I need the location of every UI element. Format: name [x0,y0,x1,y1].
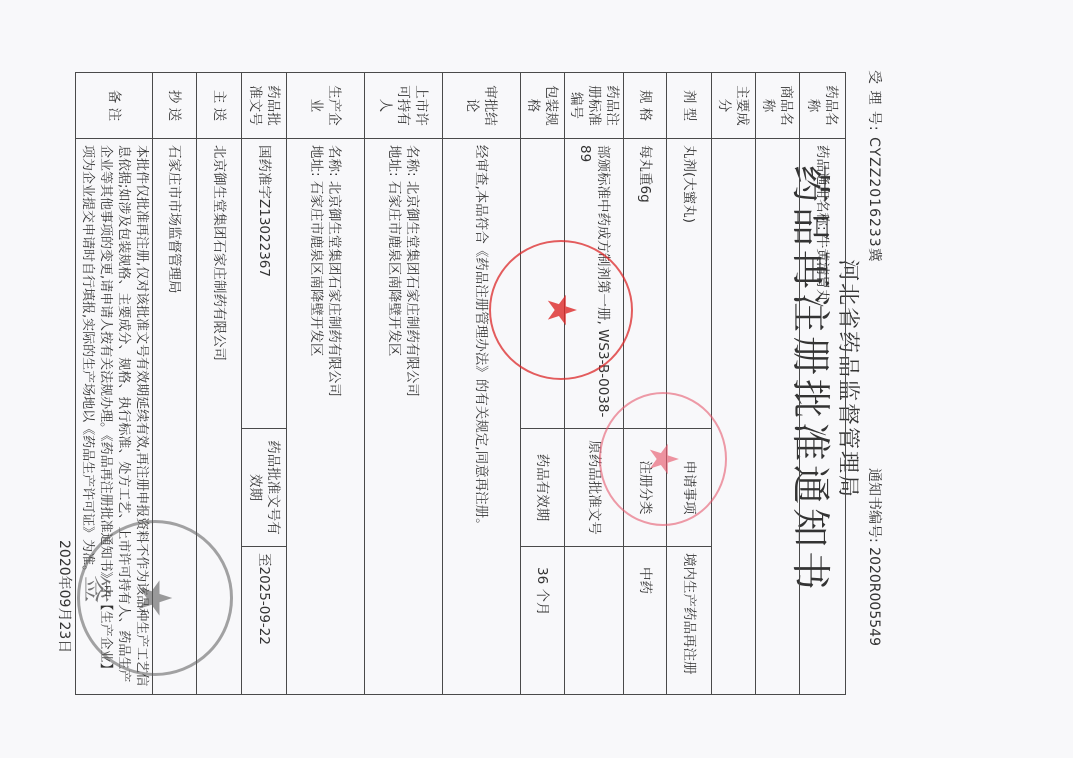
acceptance-value: CYZZ2016233冀 [866,137,882,263]
document-page: 河北省药品监督管理局 药品再注册批准通知书 受 理 号: CYZZ2016233… [0,0,1073,758]
issue-date: 2020年09月23日 [55,540,75,653]
value-approval-number: 国药准字Z13022367 [242,139,287,429]
label-trade-name: 商品名称 [756,73,800,139]
value-drug-name: 药品通用名称: 牛黄清胃丸 [800,139,846,695]
label-main-ingredients: 主要成分 [712,73,756,139]
value-dosage-form: 丸剂(大蜜丸) [667,139,712,429]
label-to: 主 送 [197,73,242,139]
value-approval-validity: 至2025-09-22 [242,547,287,695]
seal-star-icon: ★ [538,292,584,328]
row-drug-name: 药品名称 药品通用名称: 牛黄清胃丸 [800,73,846,695]
value-main-ingredients [712,139,756,695]
label-approval-validity: 药品批准文号有效期 [242,429,287,547]
label-packaging: 包装规格 [521,73,565,139]
value-original-approval-number [565,547,624,695]
label-remarks: 备 注 [76,73,153,139]
label-drug-name: 药品名称 [800,73,846,139]
row-main-ingredients: 主要成分 [712,73,756,695]
label-dosage-form: 剂 型 [667,73,712,139]
value-mah: 名称: 北京御生堂集团石家庄制药有限公司 地址: 石家庄市鹿泉区南降壁开发区 [365,139,443,695]
label-mah: 上市许可持有人 [365,73,443,139]
row-trade-name: 商品名称 [756,73,800,695]
label-conclusion: 审批结论 [443,73,521,139]
value-registration-category: 中药 [624,547,667,695]
value-application-item: 境内生产药品再注册 [667,547,712,695]
label-manufacturer: 生产企业 [287,73,365,139]
acceptance-number: 受 理 号: CYZZ2016233冀 [865,70,885,263]
notice-label: 通知书编号: [866,468,882,543]
value-manufacturer: 名称: 北京御生堂集团石家庄制药有限公司 地址: 石家庄市鹿泉区南降壁开发区 [287,139,365,695]
notice-number: 通知书编号: 2020R005549 [865,468,885,646]
pink-seal-stamp: ★ [599,392,727,526]
value-shelf-life: 36 个月 [521,547,565,695]
mah-name: 名称: 北京御生堂集团石家庄制药有限公司 [404,145,422,688]
seal-star-icon: ★ [640,441,686,477]
row-specification: 规 格 每丸重6g 注册分类 中药 [624,73,667,695]
value-trade-name [756,139,800,695]
mah-address: 地址: 石家庄市鹿泉区南降壁开发区 [386,145,404,688]
value-conclusion: 经审查,本品符合《药品注册管理办法》的有关规定,同意再注册。 [443,139,521,695]
label-cc: 抄 送 [153,73,197,139]
seal-star-icon: ★ [128,577,182,618]
acceptance-label: 受 理 号: [866,70,882,132]
label-approval-number: 药品批准文号 [242,73,287,139]
row-standard-number: 药品注册标准编号 部颁标准中药成方制剂第一册, WS3-B-0038-89 原药… [565,73,624,695]
notice-value: 2020R005549 [866,547,882,646]
label-standard-number: 药品注册标准编号 [565,73,624,139]
value-specification: 每丸重6g [624,139,667,429]
row-mah: 上市许可持有人 名称: 北京御生堂集团石家庄制药有限公司 地址: 石家庄市鹿泉区… [365,73,443,695]
manufacturer-name: 名称: 北京御生堂集团石家庄制药有限公司 [326,145,344,688]
row-packaging: 包装规格 药品有效期 36 个月 [521,73,565,695]
row-dosage-form: 剂 型 丸剂(大蜜丸) 申请事项 境内生产药品再注册 [667,73,712,695]
row-approval-number: 药品批准文号 国药准字Z13022367 药品批准文号有效期 至2025-09-… [242,73,287,695]
row-conclusion: 审批结论 经审查,本品符合《药品注册管理办法》的有关规定,同意再注册。 [443,73,521,695]
label-specification: 规 格 [624,73,667,139]
label-shelf-life: 药品有效期 [521,429,565,547]
signature: 签 [78,575,118,603]
manufacturer-address: 地址: 石家庄市鹿泉区南降壁开发区 [308,145,326,688]
row-manufacturer: 生产企业 名称: 北京御生堂集团石家庄制药有限公司 地址: 石家庄市鹿泉区南降壁… [287,73,365,695]
red-company-seal-stamp: ★ [489,240,633,380]
